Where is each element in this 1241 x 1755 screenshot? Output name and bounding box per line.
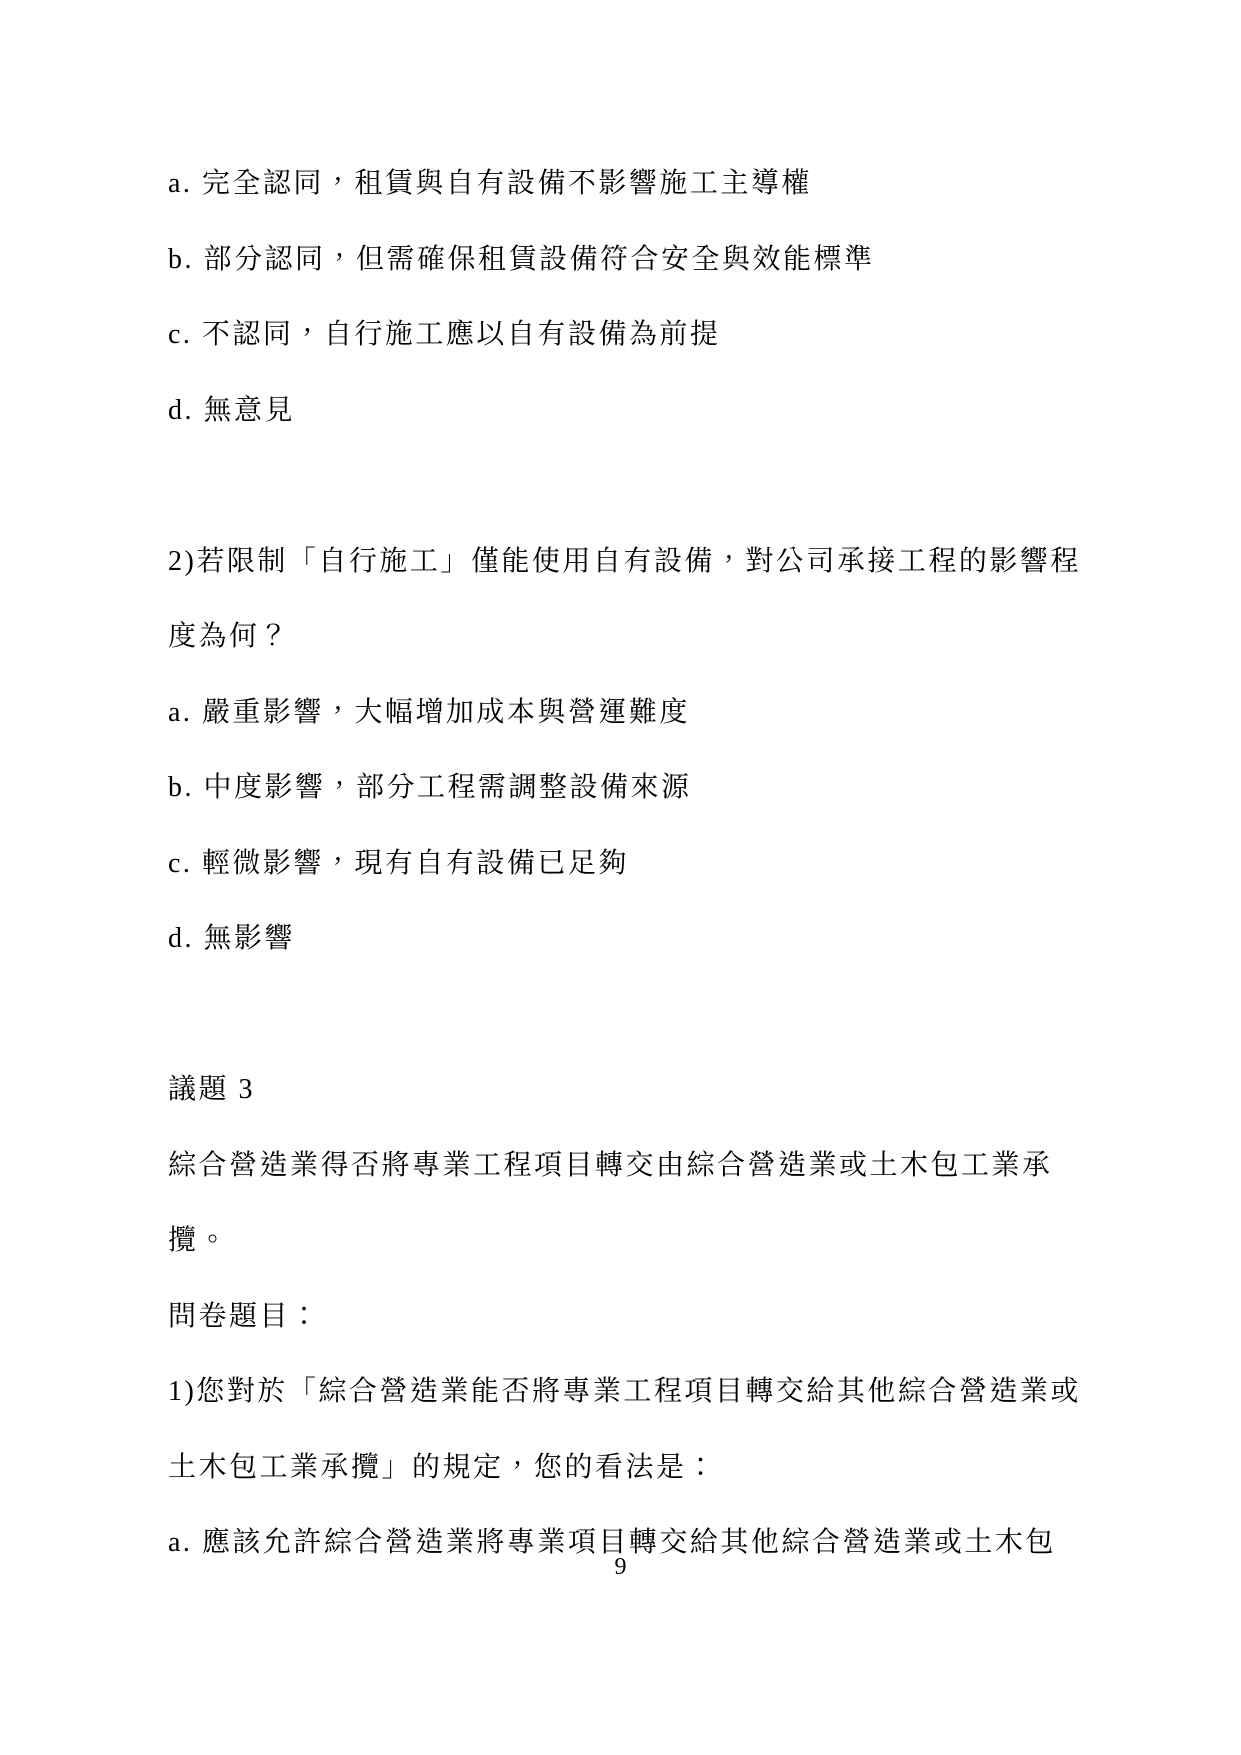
text-line-option: d. 無意見	[168, 373, 1128, 449]
text-line-option: d. 無影響	[168, 901, 1128, 977]
text-line-option: b. 部分認同，但需確保租賃設備符合安全與效能標準	[168, 222, 1128, 298]
text-line-question-cont: 度為何？	[168, 599, 1128, 675]
text-line-option: a. 完全認同，租賃與自有設備不影響施工主導權	[168, 146, 1128, 222]
text-line-label: 問卷題目：	[168, 1279, 1128, 1355]
text-line-body-cont: 攬。	[168, 1203, 1128, 1279]
page-number: 9	[0, 1552, 1241, 1582]
text-line-blank	[168, 448, 1128, 524]
text-block: a. 完全認同，租賃與自有設備不影響施工主導權b. 部分認同，但需確保租賃設備符…	[168, 146, 1128, 1581]
text-line-option: c. 輕微影響，現有自有設備已足夠	[168, 826, 1128, 902]
text-line-option: c. 不認同，自行施工應以自有設備為前提	[168, 297, 1128, 373]
document-page: a. 完全認同，租賃與自有設備不影響施工主導權b. 部分認同，但需確保租賃設備符…	[0, 0, 1241, 1755]
text-line-heading: 議題 3	[168, 1052, 1128, 1128]
text-line-question: 2)若限制「自行施工」僅能使用自有設備，對公司承接工程的影響程	[168, 524, 1128, 600]
text-line-body: 綜合營造業得否將專業工程項目轉交由綜合營造業或土木包工業承	[168, 1128, 1128, 1204]
text-line-option: b. 中度影響，部分工程需調整設備來源	[168, 750, 1128, 826]
text-line-question: 1)您對於「綜合營造業能否將專業工程項目轉交給其他綜合營造業或	[168, 1354, 1128, 1430]
text-line-blank	[168, 977, 1128, 1053]
text-line-question-cont: 土木包工業承攬」的規定，您的看法是：	[168, 1430, 1128, 1506]
text-line-option: a. 嚴重影響，大幅增加成本與營運難度	[168, 675, 1128, 751]
